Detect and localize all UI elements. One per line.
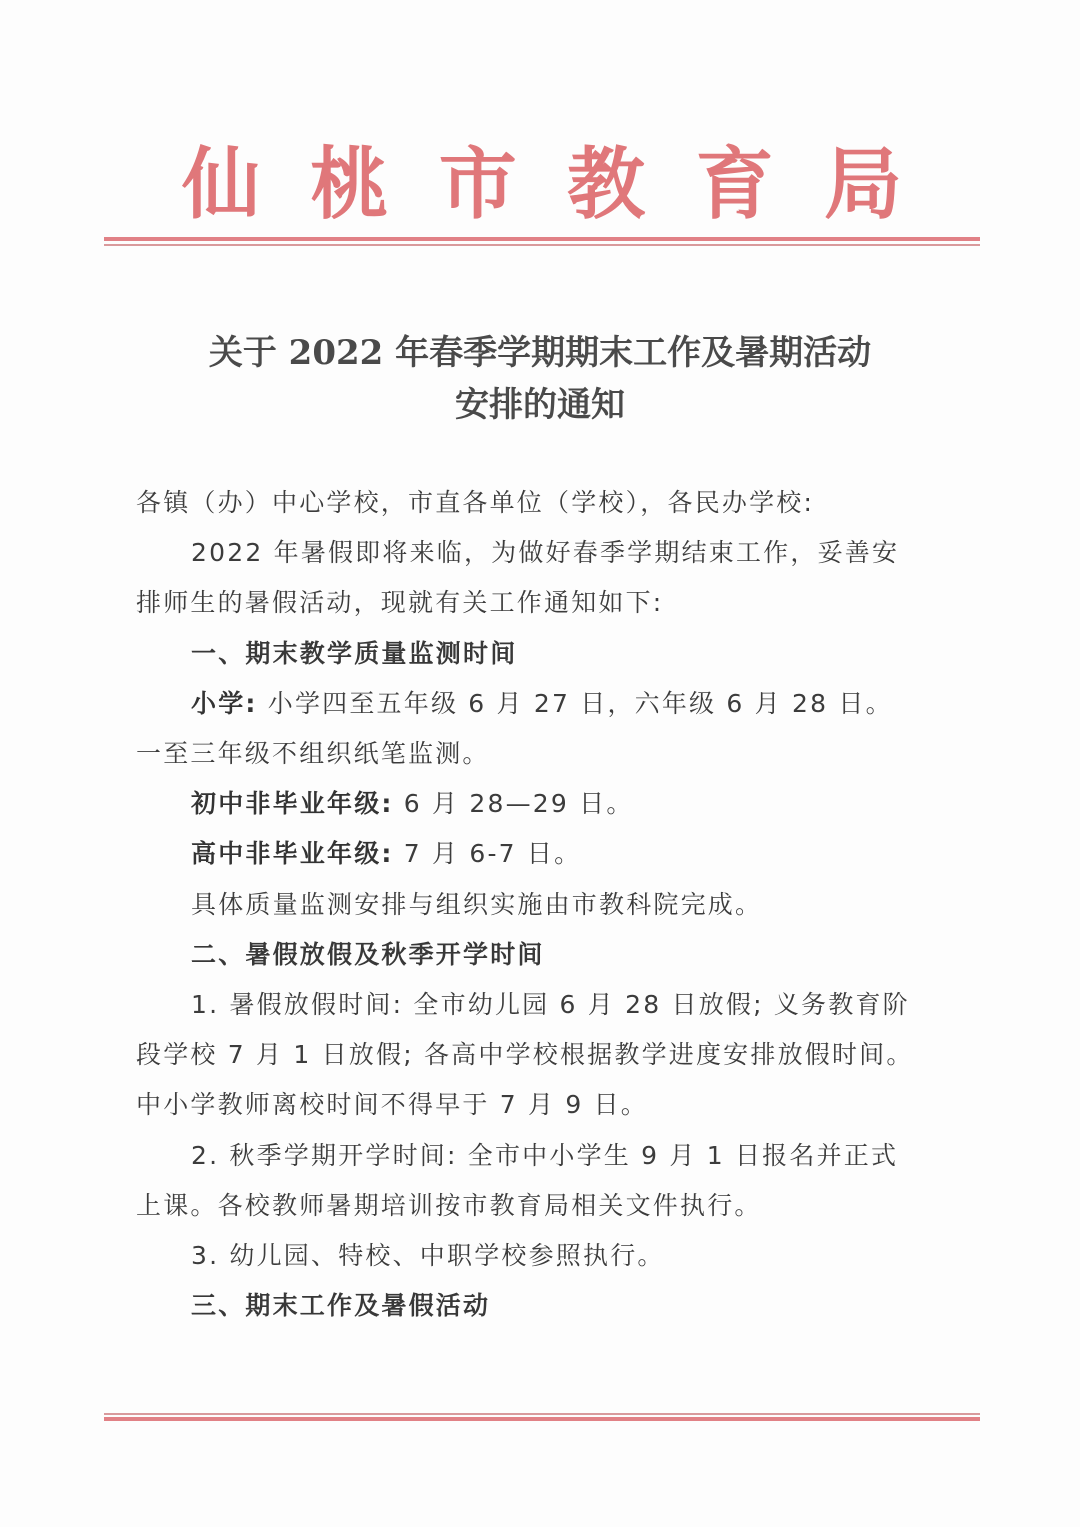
masthead-char: 教 xyxy=(567,146,645,224)
junior-label: 初中非毕业年级: xyxy=(191,789,394,818)
masthead-char: 仙 xyxy=(182,146,260,224)
title-line-1: 关于 2022 年春季学期期末工作及暑期活动 xyxy=(120,327,960,379)
document-body: 各镇（办）中心学校，市直各单位（学校），各民办学校: 2022 年暑假即将来临，… xyxy=(136,478,916,1331)
masthead-char: 市 xyxy=(439,146,517,224)
masthead-char: 育 xyxy=(696,146,774,224)
monitoring-note: 具体质量监测安排与组织实施由市教科院完成。 xyxy=(136,880,916,930)
document-title: 关于 2022 年春季学期期末工作及暑期活动 安排的通知 xyxy=(120,327,960,431)
masthead-char: 桃 xyxy=(310,146,388,224)
senior-text: 7 月 6-7 日。 xyxy=(394,839,582,868)
footer-rule-thin xyxy=(104,1413,980,1415)
section-1-heading: 一、期末教学质量监测时间 xyxy=(136,629,916,679)
masthead-char: 局 xyxy=(824,146,902,224)
primary-school-paragraph: 小学: 小学四至五年级 6 月 27 日，六年级 6 月 28 日。一至三年级不… xyxy=(136,679,916,779)
section-2-item-3: 3. 幼儿园、特校、中职学校参照执行。 xyxy=(136,1231,916,1281)
masthead-rule-thin xyxy=(104,244,980,246)
footer-rule-thick xyxy=(104,1417,980,1421)
section-2-item-1: 1. 暑假放假时间: 全市幼儿园 6 月 28 日放假; 义务教育阶段学校 7 … xyxy=(136,980,916,1131)
salutation: 各镇（办）中心学校，市直各单位（学校），各民办学校: xyxy=(136,478,916,528)
junior-high-paragraph: 初中非毕业年级: 6 月 28—29 日。 xyxy=(136,779,916,829)
section-2-item-2: 2. 秋季学期开学时间: 全市中小学生 9 月 1 日报名并正式上课。各校教师暑… xyxy=(136,1131,916,1231)
senior-high-paragraph: 高中非毕业年级: 7 月 6-7 日。 xyxy=(136,829,916,879)
masthead-org-name: 仙 桃 市 教 育 局 xyxy=(104,135,980,235)
section-2-heading: 二、暑假放假及秋季开学时间 xyxy=(136,930,916,980)
masthead-rule-thick xyxy=(104,237,980,241)
senior-label: 高中非毕业年级: xyxy=(191,839,394,868)
title-line-2: 安排的通知 xyxy=(120,379,960,431)
primary-label: 小学: xyxy=(191,689,258,718)
section-3-heading: 三、期末工作及暑假活动 xyxy=(136,1281,916,1331)
junior-text: 6 月 28—29 日。 xyxy=(394,789,634,818)
intro-paragraph: 2022 年暑假即将来临，为做好春季学期结束工作，妥善安排师生的暑假活动，现就有… xyxy=(136,528,916,628)
